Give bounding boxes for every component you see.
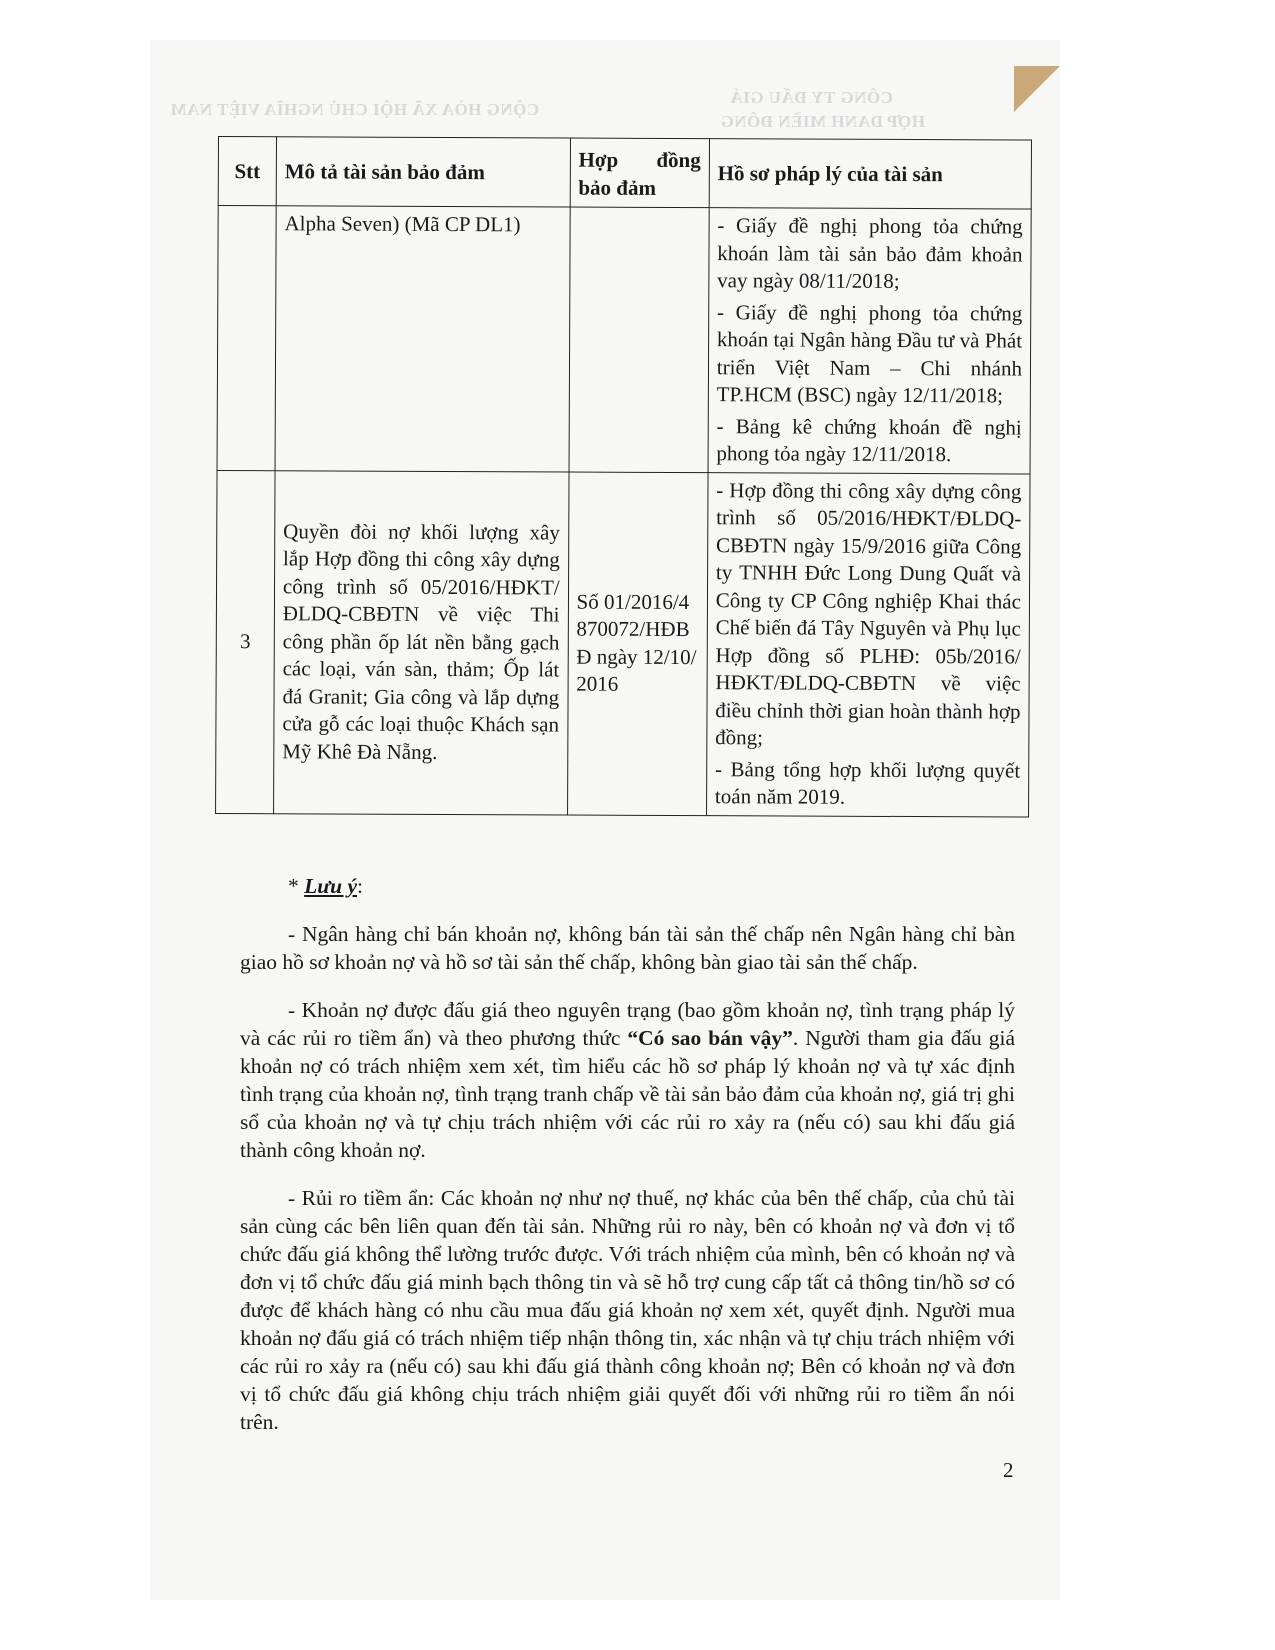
notes-asterisk: *	[288, 874, 304, 898]
note-emphasis: “Có sao bán vậy”	[627, 1026, 793, 1050]
cell-contract	[569, 207, 709, 472]
header-stt: Stt	[218, 137, 276, 206]
header-legal-docs: Hồ sơ pháp lý của tài sản	[709, 139, 1031, 209]
note-text: - Rủi ro tiềm ẩn: Các khoản nợ như nợ th…	[240, 1186, 1015, 1434]
notes-title: Lưu ý	[304, 874, 357, 898]
legal-doc-item: - Giấy đề nghị phong tỏa chứng khoán làm…	[717, 212, 1023, 296]
header-contract-word2: đồng	[656, 146, 700, 174]
bleed-through-left-header: CỘNG HÒA XÃ HỘI CHỦ NGHĨA VIỆT NAM	[170, 100, 539, 120]
note-paragraph: - Rủi ro tiềm ẩn: Các khoản nợ như nợ th…	[240, 1184, 1015, 1436]
cell-contract: Số 01/2016/4870072/HĐBĐ ngày 12/10/2016	[567, 472, 708, 816]
cell-description: Quyền đòi nợ khối lượng xây lắp Hợp đồng…	[273, 470, 568, 814]
notes-heading: * Lưu ý:	[288, 872, 1015, 900]
folded-corner	[1014, 66, 1060, 112]
bleed-through-right-header-1: CÔNG TY ĐẤU GIÁ	[730, 88, 893, 108]
cell-legal-docs: - Giấy đề nghị phong tỏa chứng khoán làm…	[708, 208, 1031, 474]
notes-colon: :	[357, 874, 363, 898]
page-number: 2	[1003, 1458, 1014, 1483]
legal-doc-item: - Bảng kê chứng khoán đề nghị phong tỏa …	[716, 413, 1021, 469]
cell-stt	[217, 206, 276, 471]
header-contract-line2: bảo đảm	[578, 174, 700, 203]
header-contract: Hợp đồng bảo đảm	[570, 138, 710, 208]
collateral-table: Stt Mô tả tài sản bảo đảm Hợp đồng bảo đ…	[215, 136, 1032, 817]
cell-description: Alpha Seven) (Mã CP DL1)	[275, 206, 570, 472]
cell-legal-docs: - Hợp đồng thi công xây dựng công trình …	[706, 472, 1030, 816]
legal-doc-item: - Hợp đồng thi công xây dựng công trình …	[715, 477, 1021, 753]
header-description: Mô tả tài sản bảo đảm	[276, 137, 570, 207]
note-paragraph: - Ngân hàng chỉ bán khoản nợ, không bán …	[240, 920, 1015, 976]
cell-stt: 3	[216, 470, 275, 813]
note-paragraph: - Khoản nợ được đấu giá theo nguyên trạn…	[240, 996, 1015, 1164]
bleed-through-right-header-2: HỢP DANH MIỀN ĐÔNG	[720, 112, 925, 132]
table-row: Alpha Seven) (Mã CP DL1) - Giấy đề nghị …	[217, 206, 1031, 474]
table-row: 3 Quyền đòi nợ khối lượng xây lắp Hợp đồ…	[216, 470, 1030, 817]
legal-doc-item: - Bảng tổng hợp khối lượng quyết toán nă…	[715, 756, 1020, 812]
table-header-row: Stt Mô tả tài sản bảo đảm Hợp đồng bảo đ…	[218, 137, 1031, 210]
note-text: - Ngân hàng chỉ bán khoản nợ, không bán …	[240, 922, 1015, 974]
notes-section: * Lưu ý: - Ngân hàng chỉ bán khoản nợ, k…	[240, 872, 1015, 1456]
header-contract-word1: Hợp	[578, 146, 618, 174]
legal-doc-item: - Giấy đề nghị phong tỏa chứng khoán tại…	[717, 299, 1023, 410]
